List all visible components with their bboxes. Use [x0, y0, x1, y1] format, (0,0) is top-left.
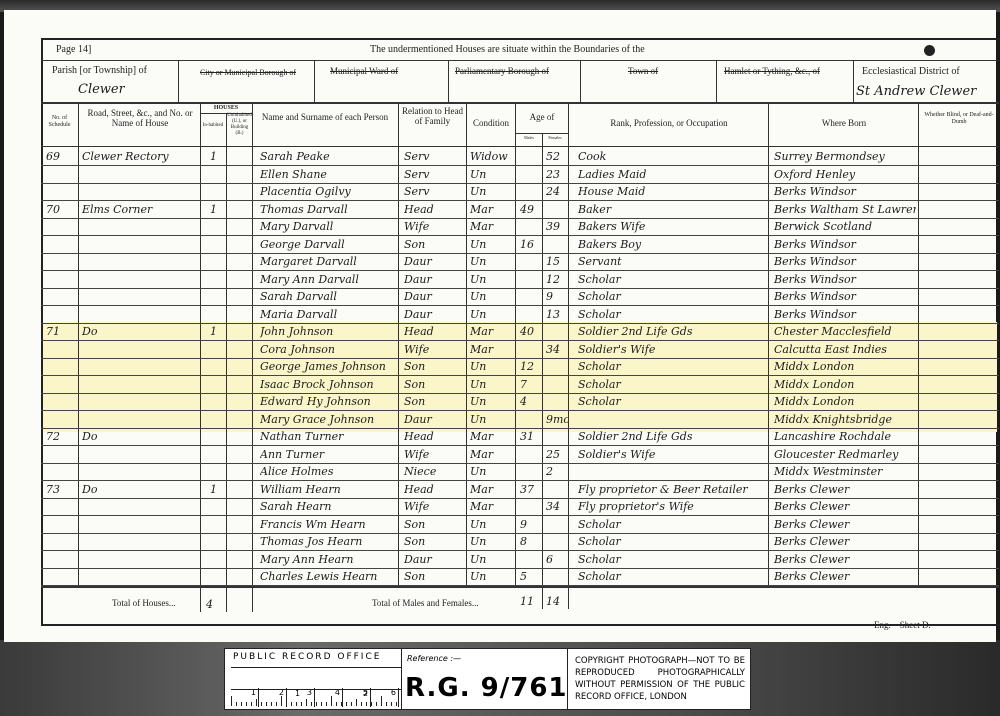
punch-hole-icon: [924, 45, 935, 56]
birthplace: Berwick Scotland: [774, 218, 916, 235]
schedule-number: 71: [46, 323, 76, 340]
condition: Mar: [470, 201, 514, 218]
total-houses-label: Total of Houses...: [112, 598, 176, 608]
age-female: 52: [546, 148, 568, 165]
road-name: [82, 533, 197, 550]
condition: Un: [470, 393, 514, 410]
road-name: Do: [82, 481, 197, 498]
age-male: [520, 498, 542, 515]
age-female: 34: [546, 341, 568, 358]
condition: Un: [470, 551, 514, 568]
age-male: 5: [520, 568, 542, 585]
person-name: Mary Ann Darvall: [260, 271, 396, 288]
schedule-number: 70: [46, 201, 76, 218]
road-name: Elms Corner: [82, 201, 197, 218]
condition: Un: [470, 411, 514, 428]
schedule-number: [46, 358, 76, 375]
age-male: [520, 218, 542, 235]
houses-inhabited: [210, 253, 224, 270]
condition: Mar: [470, 498, 514, 515]
birthplace: Berks Clewer: [774, 551, 916, 568]
condition: Un: [470, 271, 514, 288]
age-male: [520, 148, 542, 165]
schedule-number: [46, 498, 76, 515]
person-name: Maria Darvall: [260, 306, 396, 323]
birthplace: Berks Clewer: [774, 481, 916, 498]
total-males: 11: [520, 595, 534, 608]
relation: Serv: [404, 148, 464, 165]
occupation: Bakers Wife: [578, 218, 766, 235]
col-relation: Relation to Head of Family: [400, 106, 465, 126]
relation: Wife: [404, 341, 464, 358]
relation: Head: [404, 481, 464, 498]
schedule-number: [46, 236, 76, 253]
road-name: [82, 393, 197, 410]
schedule-number: [46, 166, 76, 183]
schedule-number: [46, 376, 76, 393]
occupation: Fly proprietor & Beer Retailer: [578, 481, 766, 498]
houses-inhabited: [210, 393, 224, 410]
copyright-notice: COPYRIGHT PHOTOGRAPH—NOT TO BE REPRODUCE…: [575, 655, 745, 703]
condition: Mar: [470, 446, 514, 463]
occupation: Scholar: [578, 516, 766, 533]
relation: Son: [404, 358, 464, 375]
houses-inhabited: [210, 218, 224, 235]
road-name: [82, 271, 197, 288]
col-inhabited: In-habited: [200, 122, 226, 129]
condition: Mar: [470, 428, 514, 445]
parliamentary-label: Parliamentary Borough of: [455, 66, 549, 76]
birthplace: Berks Windsor: [774, 183, 916, 200]
age-male: [520, 411, 542, 428]
form-title: The undermentioned Houses are situate wi…: [370, 44, 645, 55]
age-male: 16: [520, 236, 542, 253]
birthplace: Berks Windsor: [774, 236, 916, 253]
occupation: [578, 411, 766, 428]
sheet-id: Eng.—Sheet D.: [874, 620, 931, 630]
birthplace: Berks Clewer: [774, 533, 916, 550]
condition: Mar: [470, 218, 514, 235]
schedule-number: [46, 516, 76, 533]
occupation: Baker: [578, 201, 766, 218]
houses-inhabited: [210, 358, 224, 375]
road-name: [82, 306, 197, 323]
birthplace: Berks Clewer: [774, 516, 916, 533]
houses-inhabited: [210, 533, 224, 550]
age-male: 12: [520, 358, 542, 375]
birthplace: Berks Windsor: [774, 253, 916, 270]
age-female: 23: [546, 166, 568, 183]
condition: Un: [470, 516, 514, 533]
relation: Wife: [404, 498, 464, 515]
relation: Son: [404, 533, 464, 550]
occupation: Soldier's Wife: [578, 446, 766, 463]
age-male: [520, 166, 542, 183]
age-male: [520, 446, 542, 463]
age-female: 34: [546, 498, 568, 515]
relation: Son: [404, 516, 464, 533]
ward-label: Municipal Ward of: [330, 66, 398, 76]
schedule-number: [46, 253, 76, 270]
person-name: Mary Ann Hearn: [260, 551, 396, 568]
person-name: Nathan Turner: [260, 428, 396, 445]
occupation: Scholar: [578, 306, 766, 323]
age-female: 6: [546, 551, 568, 568]
person-name: Mary Darvall: [260, 218, 396, 235]
person-name: Mary Grace Johnson: [260, 411, 396, 428]
birthplace: Middx London: [774, 358, 916, 375]
col-females: Females: [542, 134, 568, 141]
col-schedule: No. of Schedule: [42, 115, 77, 129]
condition: Un: [470, 288, 514, 305]
occupation: Soldier 2nd Life Gds: [578, 428, 766, 445]
age-female: 25: [546, 446, 568, 463]
road-name: [82, 341, 197, 358]
ecclesiastical-value: St Andrew Clewer: [856, 84, 998, 99]
houses-inhabited: [210, 341, 224, 358]
occupation: Ladies Maid: [578, 166, 766, 183]
person-name: Isaac Brock Johnson: [260, 376, 396, 393]
condition: Un: [470, 533, 514, 550]
birthplace: Middx Knightsbridge: [774, 411, 916, 428]
schedule-number: [46, 393, 76, 410]
occupation: Servant: [578, 253, 766, 270]
person-name: Thomas Darvall: [260, 201, 396, 218]
relation: Head: [404, 323, 464, 340]
town-label: Town of: [628, 66, 658, 76]
person-name: Ann Turner: [260, 446, 396, 463]
condition: Un: [470, 253, 514, 270]
age-female: 39: [546, 218, 568, 235]
schedule-number: [46, 411, 76, 428]
ruler: 1 2 3 4 5 6 1 2: [231, 667, 401, 708]
road-name: [82, 288, 197, 305]
relation: Son: [404, 568, 464, 585]
houses-inhabited: [210, 306, 224, 323]
age-male: 7: [520, 376, 542, 393]
condition: Un: [470, 376, 514, 393]
col-road: Road, Street, &c., and No. or Name of Ho…: [80, 108, 200, 128]
total-mf-label: Total of Males and Females...: [372, 598, 479, 608]
occupation: Scholar: [578, 568, 766, 585]
age-male: [520, 551, 542, 568]
birthplace: Berks Windsor: [774, 288, 916, 305]
relation: Daur: [404, 411, 464, 428]
condition: Mar: [470, 323, 514, 340]
person-name: Sarah Hearn: [260, 498, 396, 515]
ecclesiastical-label: Ecclesiastical District of: [862, 66, 960, 77]
schedule-number: [46, 288, 76, 305]
schedule-number: 73: [46, 481, 76, 498]
schedule-number: 72: [46, 428, 76, 445]
parish-label: Parish [or Township] of: [52, 65, 147, 76]
road-name: [82, 376, 197, 393]
occupation: Scholar: [578, 376, 766, 393]
col-condition: Condition: [467, 118, 515, 128]
road-name: [82, 236, 197, 253]
houses-inhabited: [210, 551, 224, 568]
houses-inhabited: [210, 463, 224, 480]
road-name: [82, 218, 197, 235]
age-female: 9: [546, 288, 568, 305]
age-female: [546, 236, 568, 253]
birthplace: Surrey Bermondsey: [774, 148, 916, 165]
houses-inhabited: [210, 428, 224, 445]
person-name: John Johnson: [260, 323, 396, 340]
condition: Widow: [470, 148, 514, 165]
col-name: Name and Surname of each Person: [255, 112, 395, 122]
road-name: [82, 446, 197, 463]
houses-inhabited: [210, 288, 224, 305]
houses-inhabited: [210, 376, 224, 393]
condition: Un: [470, 568, 514, 585]
total-females: 14: [546, 595, 560, 608]
relation: Son: [404, 393, 464, 410]
city-label: City or Municipal Borough of: [200, 68, 296, 77]
age-male: [520, 306, 542, 323]
schedule-number: [46, 306, 76, 323]
relation: Daur: [404, 253, 464, 270]
occupation: Scholar: [578, 533, 766, 550]
age-female: [546, 516, 568, 533]
age-male: 49: [520, 201, 542, 218]
person-name: George James Johnson: [260, 358, 396, 375]
age-male: [520, 271, 542, 288]
occupation: Fly proprietor's Wife: [578, 498, 766, 515]
houses-inhabited: 1: [210, 201, 224, 218]
age-female: 2: [546, 463, 568, 480]
relation: Head: [404, 201, 464, 218]
condition: Mar: [470, 341, 514, 358]
occupation: Bakers Boy: [578, 236, 766, 253]
condition: Un: [470, 183, 514, 200]
houses-inhabited: 1: [210, 323, 224, 340]
page-number: Page 14]: [56, 44, 91, 55]
person-name: Charles Lewis Hearn: [260, 568, 396, 585]
birthplace: Middx London: [774, 393, 916, 410]
pro-office: PUBLIC RECORD OFFICE: [233, 652, 399, 662]
schedule-number: [46, 463, 76, 480]
birthplace: Gloucester Redmarley: [774, 446, 916, 463]
birthplace: Berks Clewer: [774, 568, 916, 585]
occupation: House Maid: [578, 183, 766, 200]
birthplace: Middx Westminster: [774, 463, 916, 480]
road-name: [82, 516, 197, 533]
schedule-number: [46, 446, 76, 463]
public-record-office-label: PUBLIC RECORD OFFICE 1 2 3 4 5 6 1 2 Ref…: [224, 648, 751, 710]
age-female: [546, 533, 568, 550]
condition: Mar: [470, 481, 514, 498]
relation: Son: [404, 236, 464, 253]
age-female: [546, 323, 568, 340]
birthplace: Oxford Henley: [774, 166, 916, 183]
occupation: Scholar: [578, 393, 766, 410]
relation: Serv: [404, 166, 464, 183]
occupation: Cook: [578, 148, 766, 165]
occupation: Soldier's Wife: [578, 341, 766, 358]
person-name: Alice Holmes: [260, 463, 396, 480]
houses-inhabited: [210, 271, 224, 288]
relation: Son: [404, 376, 464, 393]
age-female: 12: [546, 271, 568, 288]
age-male: [520, 463, 542, 480]
birthplace: Calcutta East Indies: [774, 341, 916, 358]
person-name: George Darvall: [260, 236, 396, 253]
age-female: [546, 428, 568, 445]
condition: Un: [470, 358, 514, 375]
road-name: [82, 411, 197, 428]
relation: Daur: [404, 271, 464, 288]
schedule-number: [46, 183, 76, 200]
schedule-number: [46, 533, 76, 550]
birthplace: Middx London: [774, 376, 916, 393]
occupation: Soldier 2nd Life Gds: [578, 323, 766, 340]
road-name: [82, 183, 197, 200]
total-houses-value: 4: [206, 598, 213, 611]
col-age: Age of: [516, 112, 568, 122]
houses-inhabited: [210, 568, 224, 585]
birthplace: Chester Macclesfield: [774, 323, 916, 340]
age-male: [520, 183, 542, 200]
road-name: [82, 498, 197, 515]
age-male: 9: [520, 516, 542, 533]
reference-value: R.G. 9/761: [405, 673, 568, 703]
person-name: Francis Wm Hearn: [260, 516, 396, 533]
relation: Wife: [404, 446, 464, 463]
houses-inhabited: [210, 411, 224, 428]
hamlet-label: Hamlet or Tything, &c., of: [724, 66, 820, 76]
age-male: 4: [520, 393, 542, 410]
road-name: [82, 358, 197, 375]
schedule-number: [46, 551, 76, 568]
age-female: [546, 393, 568, 410]
age-male: 37: [520, 481, 542, 498]
person-name: Margaret Darvall: [260, 253, 396, 270]
relation: Wife: [404, 218, 464, 235]
age-female: [546, 358, 568, 375]
houses-inhabited: 1: [210, 148, 224, 165]
schedule-number: 69: [46, 148, 76, 165]
birthplace: Berks Clewer: [774, 498, 916, 515]
road-name: [82, 463, 197, 480]
age-male: 8: [520, 533, 542, 550]
birthplace: Berks Waltham St Lawrence: [774, 201, 916, 218]
houses-inhabited: [210, 236, 224, 253]
schedule-number: [46, 568, 76, 585]
reference-label: Reference :—: [407, 654, 461, 663]
condition: Un: [470, 306, 514, 323]
houses-inhabited: [210, 166, 224, 183]
col-born: Where Born: [770, 118, 918, 128]
road-name: [82, 253, 197, 270]
age-female: 13: [546, 306, 568, 323]
relation: Head: [404, 428, 464, 445]
person-name: Placentia Ogilvy: [260, 183, 396, 200]
person-name: Edward Hy Johnson: [260, 393, 396, 410]
age-female: [546, 481, 568, 498]
relation: Daur: [404, 288, 464, 305]
houses-inhabited: [210, 183, 224, 200]
col-occupation: Rank, Profession, or Occupation: [570, 118, 768, 128]
occupation: Scholar: [578, 271, 766, 288]
occupation: [578, 463, 766, 480]
col-blind: Whether Blind, or Deaf-and-Dumb: [920, 112, 998, 126]
age-male: [520, 288, 542, 305]
relation: Niece: [404, 463, 464, 480]
age-male: 31: [520, 428, 542, 445]
col-uninhabited: Uninhabited (U.), or Building (B.): [227, 113, 252, 137]
condition: Un: [470, 463, 514, 480]
person-name: William Hearn: [260, 481, 396, 498]
occupation: Scholar: [578, 551, 766, 568]
age-male: [520, 253, 542, 270]
condition: Un: [470, 236, 514, 253]
age-male: 40: [520, 323, 542, 340]
road-name: Do: [82, 428, 197, 445]
birthplace: Berks Windsor: [774, 271, 916, 288]
schedule-number: [46, 271, 76, 288]
parish-value: Clewer: [78, 82, 125, 97]
road-name: [82, 568, 197, 585]
houses-inhabited: [210, 446, 224, 463]
condition: Un: [470, 166, 514, 183]
schedule-number: [46, 218, 76, 235]
road-name: Clewer Rectory: [82, 148, 197, 165]
person-name: Thomas Jos Hearn: [260, 533, 396, 550]
person-name: Cora Johnson: [260, 341, 396, 358]
road-name: [82, 551, 197, 568]
relation: Serv: [404, 183, 464, 200]
houses-inhabited: [210, 498, 224, 515]
age-female: [546, 568, 568, 585]
age-female: [546, 201, 568, 218]
age-female: 9mo: [546, 411, 568, 428]
col-houses: HOUSES: [200, 105, 252, 112]
relation: Daur: [404, 551, 464, 568]
age-female: [546, 376, 568, 393]
birthplace: Lancashire Rochdale: [774, 428, 916, 445]
person-name: Sarah Peake: [260, 148, 396, 165]
houses-inhabited: 1: [210, 481, 224, 498]
relation: Daur: [404, 306, 464, 323]
person-name: Ellen Shane: [260, 166, 396, 183]
age-female: 15: [546, 253, 568, 270]
houses-inhabited: [210, 516, 224, 533]
road-name: [82, 166, 197, 183]
age-female: 24: [546, 183, 568, 200]
birthplace: Berks Windsor: [774, 306, 916, 323]
road-name: Do: [82, 323, 197, 340]
occupation: Scholar: [578, 288, 766, 305]
person-name: Sarah Darvall: [260, 288, 396, 305]
occupation: Scholar: [578, 358, 766, 375]
schedule-number: [46, 341, 76, 358]
age-male: [520, 341, 542, 358]
col-males: Males: [516, 134, 542, 141]
